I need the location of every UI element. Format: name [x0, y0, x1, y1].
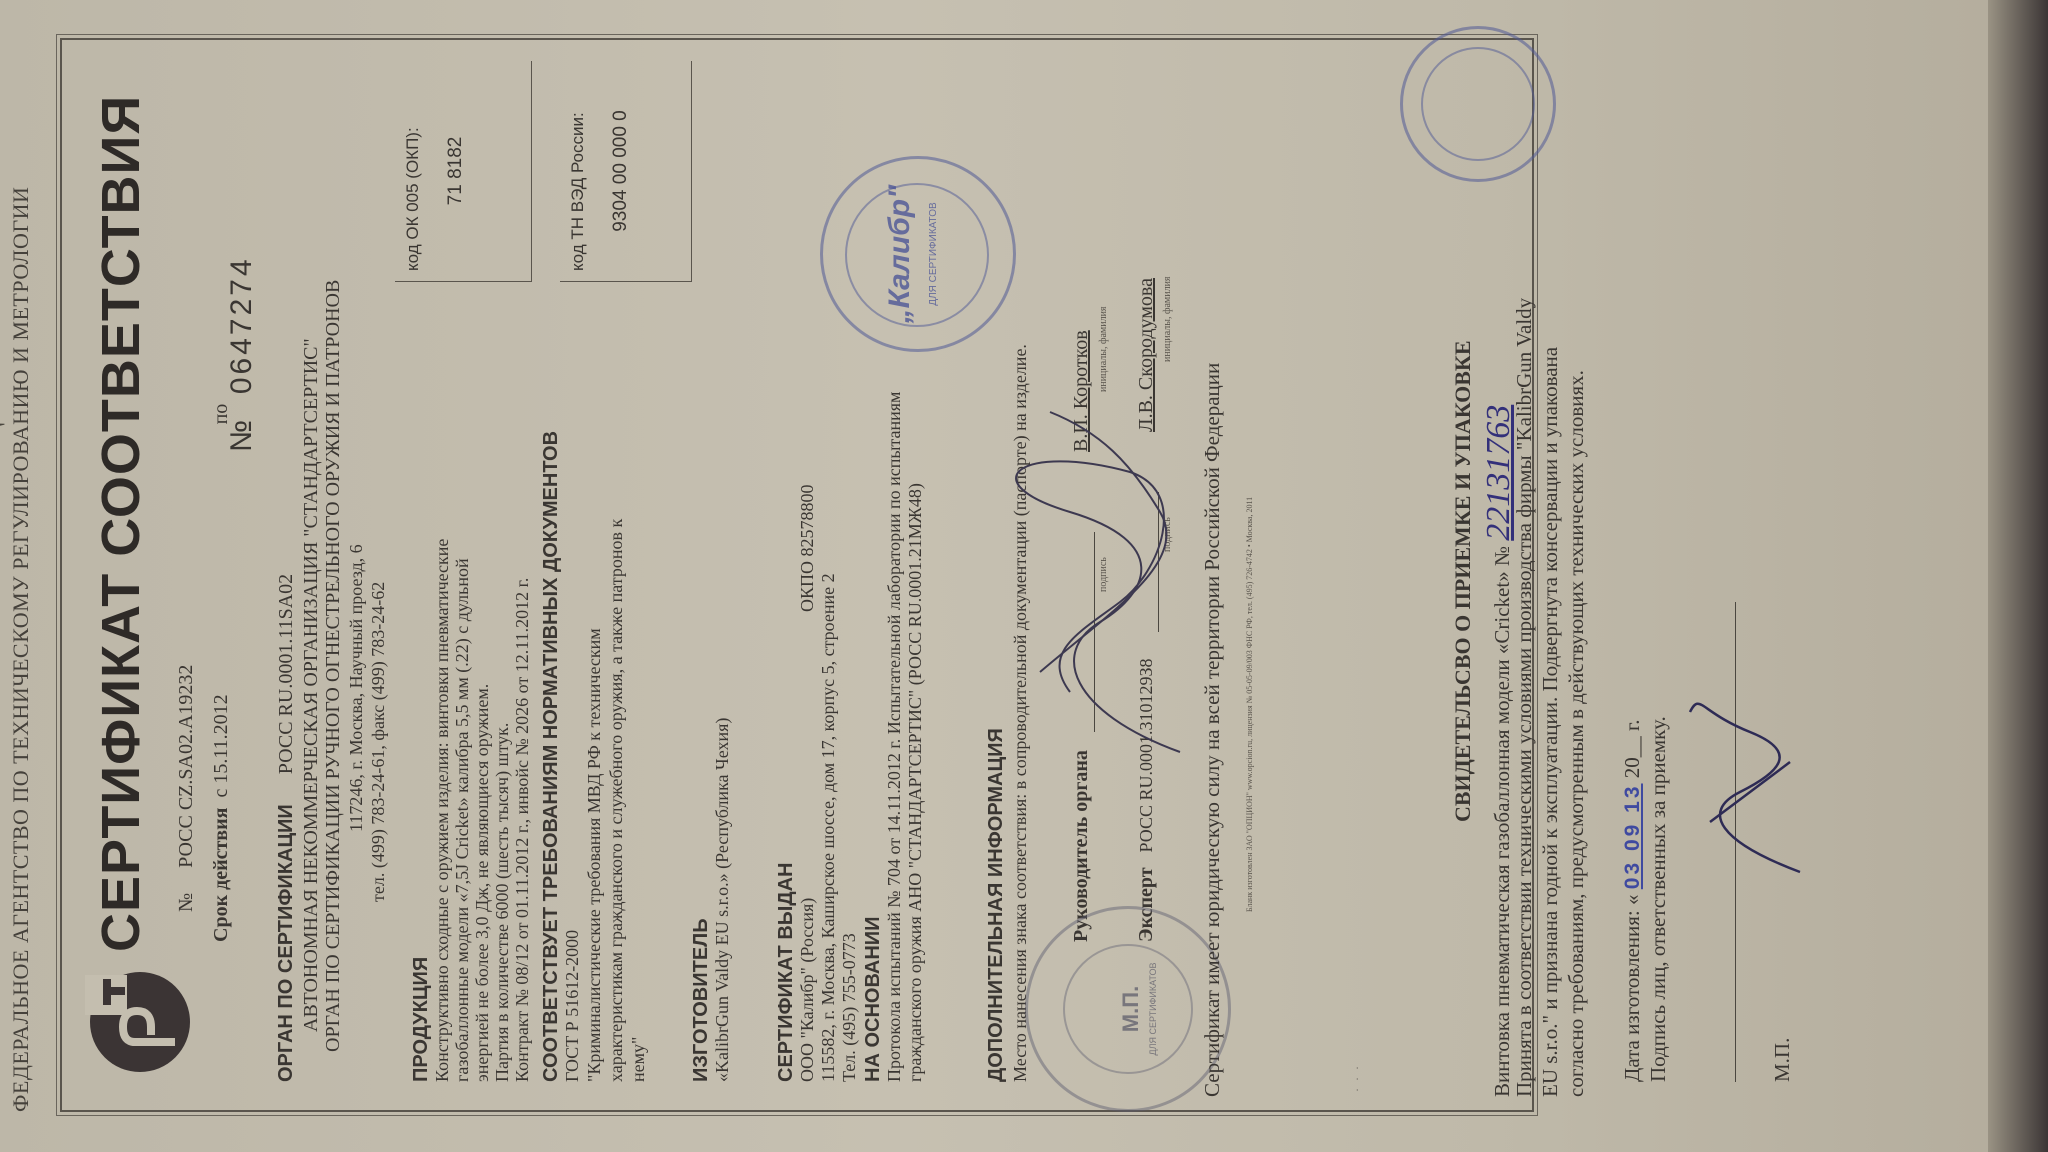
background-surface [1988, 0, 2048, 1152]
basis-line: Протокола испытаний № 704 от 14.11.2012 … [884, 392, 905, 1082]
issued-to-address: 115582, г. Москва, Каширское шоссе, дом … [818, 573, 839, 1082]
tnved-value: 9304 00 000 0 [610, 71, 632, 271]
date-stamped: 03 09 13 [1621, 783, 1644, 889]
date-suffix: 20__ г. [1620, 719, 1644, 778]
kalibr-stamp: „Калибр" ДЛЯ СЕРТИФИКАТОВ [820, 156, 1016, 352]
stamp-seal-label: М.П. [1118, 909, 1144, 1109]
product-line: Контракт № 08/12 от 01.11.2012 г., инвой… [512, 578, 533, 1082]
validity-from-prefix: с [210, 789, 232, 798]
agency-name: ФЕДЕРАЛЬНОЕ АГЕНТСТВО ПО ТЕХНИЧЕСКОМУ РЕ… [8, 42, 34, 1112]
certificate-document: СИСТЕМА СЕРТИФИКАЦИИ ГОСТ Р ФЕДЕРАЛЬНОЕ … [0, 0, 1990, 1152]
kalibr-stamp-sub: ДЛЯ СЕРТИФИКАТОВ [928, 159, 939, 349]
tnved-code-box: код ТН ВЭД России: 9304 00 000 0 [560, 61, 692, 282]
head-name-caption: инициалы, фамилия [1098, 306, 1109, 392]
kalibr-stamp-small [1400, 26, 1556, 182]
cert-body-line: 117246, г. Москва, Научный проезд, 6 [346, 544, 367, 832]
validity-from: 15.11.2012 [210, 694, 232, 783]
issued-to-phone: Тел. (495) 755-0773 [839, 933, 860, 1082]
additional-info-label: ДОПОЛНИТЕЛЬНАЯ ИНФОРМАЦИЯ [985, 728, 1008, 1082]
okp-value: 71 8182 [445, 71, 467, 271]
acceptance-line4: согласно требованиям, предусмотренным в … [1564, 370, 1589, 1097]
form-number: 0647274 [225, 256, 258, 394]
issued-to-okpo: ОКПО 82578800 [797, 484, 818, 612]
kalibr-stamp-center: „Калибр" [883, 159, 917, 349]
okp-code-box: код ОК 005 (ОКП): 71 8182 [395, 61, 532, 282]
acceptance-title: СВИДЕТЕЛЬСВО О ПРИЕМКЕ И УПАКОВКЕ [1450, 340, 1476, 822]
system-title: СИСТЕМА СЕРТИФИКАЦИИ ГОСТ Р [0, 241, 6, 832]
conformity-line: "Криминалистические требования МВД РФ к … [584, 628, 605, 1082]
cert-body-line: тел. (499) 783-24-61, факс (499) 783-24-… [368, 582, 389, 902]
print-note: Бланк изготовлен ЗАО "ОПЦИОН" www.opcion… [1245, 497, 1254, 912]
conformity-label: СООТВЕТСТВУЕТ ТРЕБОВАНИЯМ НОРМАТИВНЫХ ДО… [540, 431, 563, 1082]
issued-to-label: СЕРТИФИКАТ ВЫДАН [775, 863, 798, 1082]
expert-name-caption: инициалы, фамилия [1162, 276, 1173, 362]
conformity-line: нему" [628, 1037, 649, 1082]
acceptance-seal-label: М.П. [1770, 1038, 1795, 1082]
manufacturer-value: «KalibrGun Valdy EU s.r.o.» (Республика … [712, 718, 733, 1082]
cert-body-label: ОРГАН ПО СЕРТИФИКАЦИИ [275, 804, 297, 1082]
basis-label: НА ОСНОВАНИИ [862, 916, 885, 1082]
manufacturer-label: ИЗГОТОВИТЕЛЬ [690, 918, 713, 1082]
acceptance-signature-icon [1680, 682, 1820, 882]
acceptance-line3: EU s.r.o." и признана годной к эксплуата… [1538, 347, 1563, 1097]
number-label: № [175, 893, 197, 912]
validity-label: Срок действия [210, 808, 232, 942]
conformity-line: характеристикам гражданского и служебног… [606, 519, 627, 1082]
basis-line: гражданского оружия АНО "СТАНДАРТСЕРТИС"… [905, 483, 926, 1082]
product-line: Партия в количестве 6000 (шесть тысяч) ш… [492, 723, 513, 1082]
product-label: ПРОДУКЦИЯ [410, 957, 433, 1082]
acceptance-signature-label: Подпись лиц, ответственных за приемку. [1646, 716, 1671, 1082]
cert-number-row: № РОСС CZ.SA02.A19232 [175, 665, 198, 912]
conformity-line: ГОСТ Р 51612-2000 [562, 930, 583, 1082]
rst-logo-icon [85, 967, 195, 1077]
tnved-label: код ТН ВЭД России: [568, 112, 587, 271]
cert-body-line: АВТОНОМНАЯ НЕКОММЕРЧЕСКАЯ ОРГАНИЗАЦИЯ "С… [300, 338, 323, 1032]
product-line: энергией не более 3,0 Дж, не являющиеся … [472, 684, 493, 1082]
issued-to-name: ООО "Калибр" (Россия) [797, 898, 818, 1082]
okp-label: код ОК 005 (ОКП): [403, 127, 422, 271]
acceptance-line1: Винтовка пневматическая газобаллонная мо… [1490, 546, 1514, 1097]
cert-body-row: ОРГАН ПО СЕРТИФИКАЦИИ РОСС RU.0001.11SA0… [275, 574, 298, 1082]
date-label: Дата изготовления: « [1620, 894, 1644, 1082]
form-number-row: № 0647274 [225, 256, 259, 452]
standartsertis-stamp-center: ДЛЯ СЕРТИФИКАТОВ [1148, 909, 1158, 1109]
validity-row: Срок действия с 15.11.2012 по [210, 404, 233, 942]
form-number-label: № [225, 417, 258, 452]
cert-body-code: РОСС RU.0001.11SA02 [275, 574, 297, 774]
product-line: газобаллонные модели «7,5J Cricket» кали… [452, 558, 473, 1082]
cert-number: РОСС CZ.SA02.A19232 [175, 665, 197, 868]
handwritten-signature-icon [1010, 392, 1210, 772]
cert-body-line: ОРГАН ПО СЕРТИФИКАЦИИ РУЧНОГО ОГНЕСТРЕЛЬ… [322, 280, 345, 1052]
page-title: СЕРТИФИКАТ СООТВЕТСТВИЯ [90, 95, 152, 952]
validity-note: Сертификат имеет юридическую силу на все… [1200, 363, 1225, 1097]
acceptance-line2: Принята в соответствии техническими усло… [1512, 298, 1537, 1097]
faded-text: · · · [1350, 1064, 1365, 1092]
manufacture-date-row: Дата изготовления: « 03 09 13 20__ г. [1620, 719, 1645, 1082]
product-line: Конструктивно сходные с оружием изделия:… [432, 539, 453, 1082]
